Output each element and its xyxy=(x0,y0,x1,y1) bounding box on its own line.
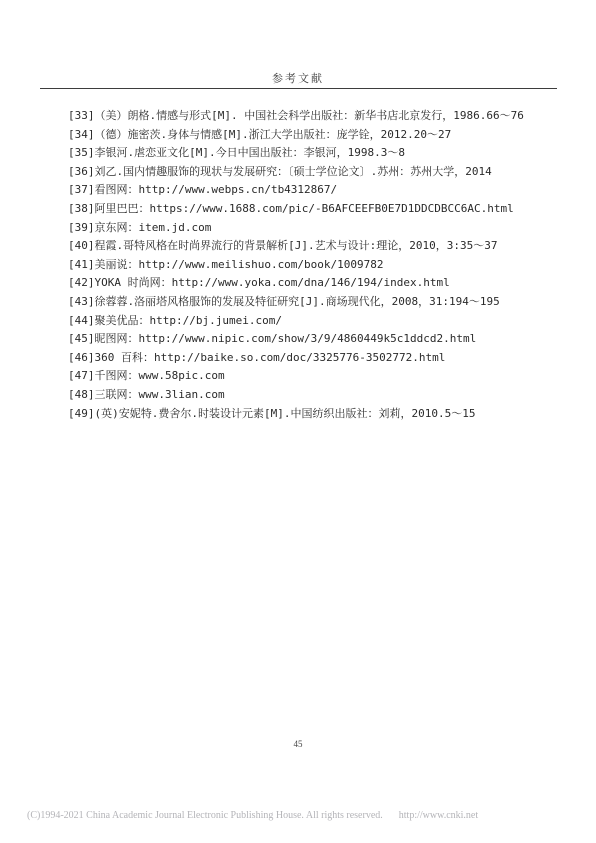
reference-item: [33]（美）朗格.情感与形式[M]. 中国社会科学出版社：新华书店北京发行，1… xyxy=(68,107,576,126)
reference-item: [45]昵图网：http://www.nipic.com/show/3/9/48… xyxy=(68,330,576,349)
reference-item: [49](英)安妮特.费舍尔.时装设计元素[M].中国纺织出版社：刘莉，2010… xyxy=(68,405,576,424)
reference-item: [36]刘乙.国内情趣服饰的现状与发展研究：〔硕士学位论文〕.苏州：苏州大学，2… xyxy=(68,163,576,182)
reference-item: [40]程霞.哥特风格在时尚界流行的背景解析[J].艺术与设计:理论，2010，… xyxy=(68,237,576,256)
reference-item: [41]美丽说：http://www.meilishuo.com/book/10… xyxy=(68,256,576,275)
footer-cnki-url: http://www.cnki.net xyxy=(399,810,478,821)
document-page: 参考文献 [33]（美）朗格.情感与形式[M]. 中国社会科学出版社：新华书店北… xyxy=(0,0,596,843)
references-list: [33]（美）朗格.情感与形式[M]. 中国社会科学出版社：新华书店北京发行，1… xyxy=(68,107,576,423)
footer: (C)1994-2021 China Academic Journal Elec… xyxy=(27,810,478,821)
reference-item: [34]（德）施密茨.身体与情感[M].浙江大学出版社：庞学铨，2012.20～… xyxy=(68,126,576,145)
reference-item: [37]看图网：http://www.webps.cn/tb4312867/ xyxy=(68,181,576,200)
page-title: 参考文献 xyxy=(0,70,596,86)
header-divider xyxy=(40,88,557,89)
footer-copyright: (C)1994-2021 China Academic Journal Elec… xyxy=(27,810,383,821)
reference-item: [43]徐蓉蓉.洛丽塔风格服饰的发展及特征研究[J].商场现代化，2008，31… xyxy=(68,293,576,312)
reference-item: [35]李银河.虐恋亚文化[M].今日中国出版社：李银河，1998.3～8 xyxy=(68,144,576,163)
page-number: 45 xyxy=(0,739,596,749)
reference-item: [42]YOKA 时尚网：http://www.yoka.com/dna/146… xyxy=(68,274,576,293)
reference-item: [46]360 百科：http://baike.so.com/doc/33257… xyxy=(68,349,576,368)
reference-item: [48]三联网：www.3lian.com xyxy=(68,386,576,405)
reference-item: [39]京东网：item.jd.com xyxy=(68,219,576,238)
reference-item: [38]阿里巴巴：https://www.1688.com/pic/-B6AFC… xyxy=(68,200,576,219)
reference-item: [44]聚美优品：http://bj.jumei.com/ xyxy=(68,312,576,331)
reference-item: [47]千图网：www.58pic.com xyxy=(68,367,576,386)
